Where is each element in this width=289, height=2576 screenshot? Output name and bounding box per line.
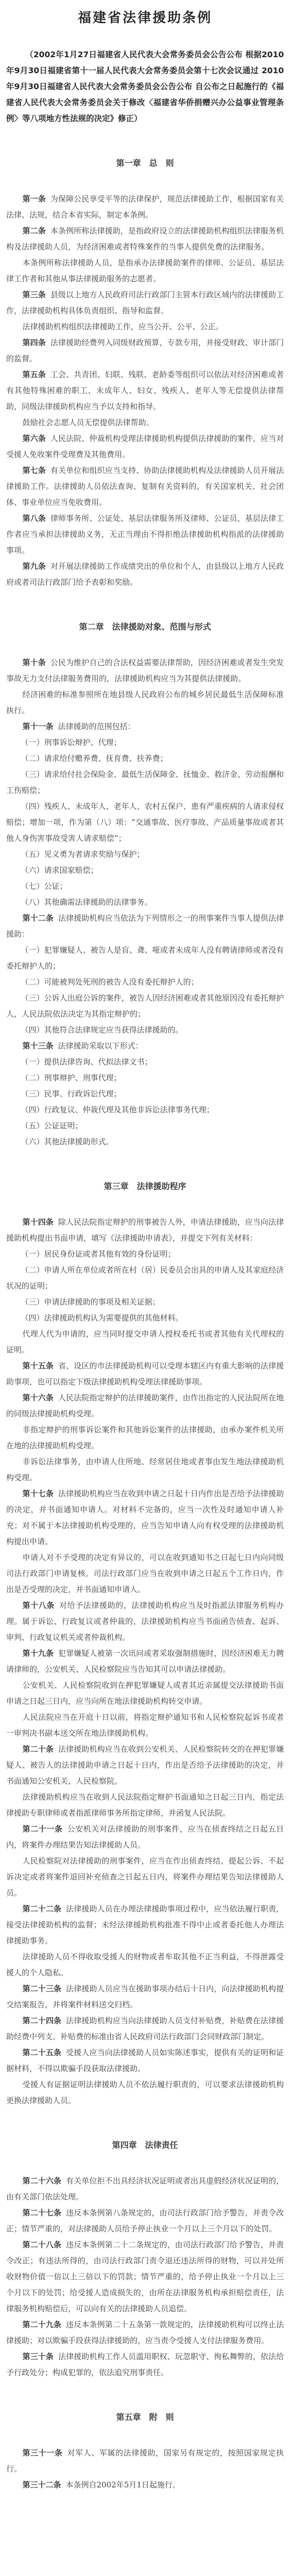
article-paragraph: 第二十条法律援助机构应当在收到公安机关、人民检察院转交的在押犯罪嫌疑人、被告人的…: [6, 1741, 284, 1789]
list-item: （四）残疾人、未成年人、老年人、农村五保户、患有严重疾病的人请求侵权赔偿；增加一…: [6, 799, 284, 846]
list-item: （四）行政复议、仲裁代理及其他非诉讼法律事务代理；: [6, 1102, 284, 1118]
article-number: 第十三条: [23, 1041, 54, 1050]
chapter-section: 第二章 法律援助对象、范围与形式第十条公民为维护自己的合法权益需要法律帮助，因经…: [6, 620, 284, 1150]
article-paragraph: 第四条法律援助经费列入同级财政预算，专款专用，并接受财政、审计部门的监督。: [6, 335, 284, 367]
article-text: 本条例自2002年5月1日起施行。: [66, 2480, 180, 2489]
article-number: 第十八条: [23, 1601, 55, 1610]
article-number: 第十四条: [23, 1217, 54, 1227]
chapter-section: 第三章 法律援助程序第十四条除人民法院指定辩护的刑事被告人外，申请法律援助，应当…: [6, 1180, 284, 2109]
clause-paragraph: 法律援助人员不得收取受援人的财物或者牟取其他不正当利益，不得泄露受援人的个人隐私…: [6, 1949, 284, 1981]
article-text: 本条例所称法律援助，是指政府设立的法律援助机构组织法律服务机构及法律援助人员，为…: [6, 226, 284, 251]
article-paragraph: 第二十八条违反本条例第二十二条规定的，由司法行政部门给予警告，并责令改正；有违法…: [6, 2237, 284, 2317]
list-item: （一）提供法律咨询、代拟法律文书；: [6, 1054, 284, 1070]
article-paragraph: 第二十四条法律援助机构应当向法律援助人员支付补贴费，补贴费在法律援助经费中列支。…: [6, 2013, 284, 2045]
article-paragraph: 第十三条法律援助采取以下形式：: [6, 1038, 284, 1054]
article-number: 第十七条: [23, 1489, 54, 1498]
article-number: 第三十条: [23, 2352, 54, 2361]
document-preamble: （2002年1月27日福建省人民代表大会常务委员会公告公布 根据2010年9月3…: [6, 47, 284, 127]
article-number: 第三十一条: [23, 2448, 63, 2458]
article-number: 第七条: [23, 466, 46, 475]
chapter-section: 第一章 总 则第一条为保障公民享受平等的法律保护，规范法律援助工作，根据国家有关…: [6, 157, 284, 590]
article-text: 工会、共青团、妇联、残联、老龄委等组织可以依法对经济困难或者有其他特殊困难的职工…: [6, 370, 284, 411]
chapter-heading: 第五章 附 则: [6, 2411, 284, 2422]
list-item: （六）其他法律援助形式。: [6, 1134, 284, 1150]
article-paragraph: 第十六条人民法院指定辩护的法律援助案件，由作出指定的人民法院所在地的同级法律援助…: [6, 1390, 284, 1422]
clause-paragraph: 法律援助机构组织法律援助工作，应当公开、公平、公正。: [6, 319, 284, 335]
article-text: 人民法院、仲裁机构受理法律援助机构提供法律援助的案件，应当对受援人免收案件受理费…: [6, 434, 284, 459]
list-item: （一）犯罪嫌疑人、被告人是盲、聋、哑或者未成年人没有聘请律师或者没有委托辩护人的…: [6, 942, 284, 974]
clause-paragraph: 受援人有证据证明法律援助人员不依法履行职责的，可以要求法律援助机构更换法律援助人…: [6, 2077, 284, 2109]
list-item: （一）居民身份证或者其他有效的身份证明；: [6, 1246, 284, 1262]
article-number: 第五条: [23, 370, 46, 379]
list-item: （二）刑事辩护、刑事代理；: [6, 1070, 284, 1086]
article-number: 第十九条: [23, 1649, 54, 1658]
clause-paragraph: 代理人代为申请的，应当同时提交申请人授权委托书或者其他有关代理权的证明。: [6, 1326, 284, 1358]
article-paragraph: 第三十二条本条例自2002年5月1日起施行。: [6, 2477, 284, 2493]
article-number: 第二十条: [23, 1744, 54, 1754]
clause-paragraph: 鼓励社会志愿人员无偿提供法律帮助。: [6, 415, 284, 431]
article-text: 有关单位和组织应当支持、协助法律援助机构及法律援助人员开展法律援助工作。法律援助…: [6, 466, 284, 507]
article-paragraph: 第二十二条法律援助人员在办理法律援助事项过程中，应当依法履行职责，接受法律援助机…: [6, 1901, 284, 1949]
article-paragraph: 第二十一条公安机关对法律援助的刑事案件，应当在侦查终结之日起五日内，将案件办理结…: [6, 1821, 284, 1853]
article-number: 第二十三条: [23, 1984, 62, 1993]
article-paragraph: 第二十六条有关单位拒不出具经济状况证明或者出具虚假经济状况证明的，由有关部门依法…: [6, 2173, 284, 2205]
article-number: 第九条: [23, 562, 46, 571]
article-paragraph: 第二十五条受援人应当向法律援助人员如实陈述事实，提供有关的证明和证据材料，不得以…: [6, 2045, 284, 2077]
list-item: （五）见义勇为者请求奖励与保护；: [6, 846, 284, 862]
article-text: 县级以上地方人民政府司法行政部门主管本行政区域内的法律援助工作，法律援助机构具体…: [6, 290, 284, 315]
list-item: （七）公证；: [6, 878, 284, 894]
list-item: （六）请求国家赔偿；: [6, 862, 284, 878]
list-item: （四）法律援助机构认为需要提供的其他材料。: [6, 1310, 284, 1326]
article-paragraph: 第十二条法律援助机构应当依法为下列情形之一的刑事案件当事人提供法律援助：: [6, 910, 284, 942]
list-item: （一）刑事诉讼辩护、代理；: [6, 735, 284, 751]
article-paragraph: 第一条为保障公民享受平等的法律保护，规范法律援助工作，根据国家有关法律、法规，结…: [6, 191, 284, 223]
chapter-heading: 第一章 总 则: [6, 157, 284, 168]
article-number: 第三条: [23, 290, 46, 299]
clause-paragraph: 非指定辩护的刑事诉讼案件和其他诉讼案件的法律援助，由承办案件机关所在地的法律援助…: [6, 1422, 284, 1454]
document-title: 福建省法律援助条例: [6, 7, 284, 26]
clause-paragraph: 本条例所称法律援助人员，是指承办法律援助案件的律师、公证员、基层法律工作者和其他…: [6, 255, 284, 287]
article-number: 第八条: [23, 514, 46, 523]
chapter-section: 第五章 附 则第三十一条对军人、军属的法律援助，国家另有规定的，按照国家规定执行…: [6, 2411, 284, 2493]
article-paragraph: 第十四条除人民法院指定辩护的刑事被告人外，申请法律援助，应当向法律援助机构提出书…: [6, 1214, 284, 1246]
article-number: 第二十九条: [23, 2320, 62, 2329]
clause-paragraph: 申请人对不予受理的决定有异议的，可以在收到通知书之日起七日内向同级司法行政部门申…: [6, 1550, 284, 1598]
list-item: （三）民事、行政诉讼代理；: [6, 1086, 284, 1102]
article-number: 第十六条: [23, 1393, 54, 1402]
clause-paragraph: 非诉讼法律事务，由申请人住所地、经常居住地或者事由发生地法律援助机构受理。: [6, 1454, 284, 1486]
article-paragraph: 第五条工会、共青团、妇联、残联、老龄委等组织可以依法对经济困难或者有其他特殊困难…: [6, 367, 284, 415]
article-paragraph: 第十八条对给予法律援助的，法律援助机构应当及时指派法律服务机构办理。属于诉讼、行…: [6, 1598, 284, 1646]
clause-paragraph: 公安机关、人民检察院收到在押犯罪嫌疑人或者其近亲属提交法律援助书面申请之日起三日…: [6, 1677, 284, 1709]
list-item: （五）公证证明；: [6, 1118, 284, 1134]
article-number: 第二十七条: [23, 2208, 62, 2217]
list-item: （三）请求给付社会保险金、最低生活保障金、抚恤金、救济金、劳动报酬和工伤赔偿；: [6, 767, 284, 799]
article-number: 第二十八条: [23, 2240, 62, 2249]
article-number: 第十一条: [23, 722, 54, 731]
list-item: （四）其他符合法律规定应当获得法律援助的。: [6, 1022, 284, 1038]
article-paragraph: 第三十条法律援助机构工作人员滥用职权、玩忽职守、徇私舞弊的，依法给予行政处分；构…: [6, 2349, 284, 2381]
article-number: 第三十二条: [23, 2480, 61, 2489]
article-number: 第二十四条: [23, 2016, 62, 2025]
article-paragraph: 第十七条法律援助机构应当在收到申请之日起十日内作出是否给予法律援助的决定，并书面…: [6, 1486, 284, 1550]
article-number: 第二十一条: [23, 1824, 63, 1834]
article-number: 第十五条: [23, 1361, 54, 1370]
article-paragraph: 第二条本条例所称法律援助，是指政府设立的法律援助机构组织法律服务机构及法律援助人…: [6, 223, 284, 255]
article-number: 第二十六条: [23, 2176, 62, 2185]
article-text: 对开展法律援助工作成绩突出的单位和个人，由县级以上地方人民政府或者司法行政部门给…: [6, 562, 284, 587]
article-text: 为保障公民享受平等的法律保护，规范法律援助工作，根据国家有关法律、法规，结合本省…: [6, 194, 284, 219]
clause-paragraph: 法律援助机构应当在收到人民法院指定辩护书面通知之日起三日内，指定法律援助专职律师…: [6, 1789, 284, 1821]
article-paragraph: 第七条有关单位和组织应当支持、协助法律援助机构及法律援助人员开展法律援助工作。法…: [6, 463, 284, 511]
clause-paragraph: 人民检察院对法律援助的刑事案件，应当在作出侦查终结、提起公诉、不起诉决定或者将案…: [6, 1853, 284, 1901]
article-number: 第十条: [23, 658, 46, 667]
article-paragraph: 第三条县级以上地方人民政府司法行政部门主管本行政区域内的法律援助工作，法律援助机…: [6, 287, 284, 319]
article-paragraph: 第二十九条违反本条例第二十五条第一款规定的，法律援助机构可以终止法律援助；对以欺…: [6, 2317, 284, 2349]
article-paragraph: 第十条公民为维护自己的合法权益需要法律帮助，因经济困难或者发生突发事故无力支付法…: [6, 655, 284, 687]
clause-paragraph: 人民法院应当在开庭十日以前，将指定辩护通知书和人民检察院起诉书或者一审判决书副本…: [6, 1709, 284, 1741]
list-item: （三）申请法律援助的事项及相关证据；: [6, 1294, 284, 1310]
article-number: 第十二条: [23, 913, 54, 923]
chapter-section: 第四章 法律责任第二十六条有关单位拒不出具经济状况证明或者出具虚假经济状况证明的…: [6, 2139, 284, 2381]
article-paragraph: 第九条对开展法律援助工作成绩突出的单位和个人，由县级以上地方人民政府或者司法行政…: [6, 558, 284, 590]
chapter-heading: 第四章 法律责任: [6, 2139, 284, 2150]
article-text: 法律援助的范围包括：: [58, 722, 135, 731]
list-item: （八）其他确需法律援助的法律事务。: [6, 894, 284, 910]
list-item: （二）申请人所在单位或者所在村（居）民委员会出具的申请人及其家庭经济状况的证明；: [6, 1262, 284, 1294]
article-paragraph: 第二十三条法律援助人员应当在援助事项办结后十日内，向法律援助机构提交结案报告，并…: [6, 1981, 284, 2013]
article-text: 违反本条例第二十二条规定的，由司法行政部门给予警告，并责令改正；有违法所得的，由…: [6, 2240, 284, 2313]
article-number: 第二十二条: [23, 1904, 62, 1913]
chapter-heading: 第二章 法律援助对象、范围与形式: [6, 620, 284, 632]
clause-paragraph: 经济困难的标准参照所在地县级人民政府公布的城乡居民最低生活保障标准执行。: [6, 687, 284, 719]
article-paragraph: 第八条律师事务所、公证处、基层法律服务所及律师、公证员、基层法律工作者应当承担法…: [6, 511, 284, 558]
list-item: （二）可能被判处死刑的被告人没有委托辩护人的；: [6, 974, 284, 990]
article-text: 法律援助经费列入同级财政预算，专款专用，并接受财政、审计部门的监督。: [6, 338, 284, 363]
article-number: 第二十五条: [23, 2048, 62, 2057]
article-paragraph: 第十五条省、设区的市法律援助机构可以受理本辖区内有重大影响的法律援助事项，也可以…: [6, 1358, 284, 1390]
chapter-heading: 第三章 法律援助程序: [6, 1180, 284, 1192]
article-paragraph: 第十九条犯罪嫌疑人被第一次讯问或者采取强制措施时，因经济困难无力聘请律师的，公安…: [6, 1646, 284, 1677]
article-paragraph: 第三十一条对军人、军属的法律援助，国家另有规定的，按照国家规定执行。: [6, 2445, 284, 2477]
article-paragraph: 第二十七条违反本条例第八条规定的，由司法行政部门给予警告，并责令改正；情节严重的…: [6, 2205, 284, 2237]
list-item: （二）请求给付赡养费、抚育费、扶养费；: [6, 751, 284, 767]
article-number: 第六条: [23, 434, 46, 443]
article-number: 第四条: [23, 338, 46, 347]
article-paragraph: 第六条人民法院、仲裁机构受理法律援助机构提供法律援助的案件，应当对受援人免收案件…: [6, 431, 284, 463]
article-text: 公民为维护自己的合法权益需要法律帮助，因经济困难或者发生突发事故无力支付法律服务…: [6, 658, 284, 683]
document-body: 第一章 总 则第一条为保障公民享受平等的法律保护，规范法律援助工作，根据国家有关…: [6, 157, 284, 2493]
document-page: 福建省法律援助条例 （2002年1月27日福建省人民代表大会常务委员会公告公布 …: [0, 0, 289, 2499]
list-item: （三）公诉人出庭公诉的案件，被告人因经济困难或者其他原因没有委托辩护人，人民法院…: [6, 990, 284, 1022]
article-paragraph: 第十一条法律援助的范围包括：: [6, 719, 284, 735]
article-text: 律师事务所、公证处、基层法律服务所及律师、公证员、基层法律工作者应当承担法律援助…: [6, 514, 284, 555]
article-number: 第二条: [23, 226, 46, 235]
article-text: 法律援助采取以下形式：: [58, 1041, 143, 1050]
article-number: 第一条: [23, 194, 46, 204]
